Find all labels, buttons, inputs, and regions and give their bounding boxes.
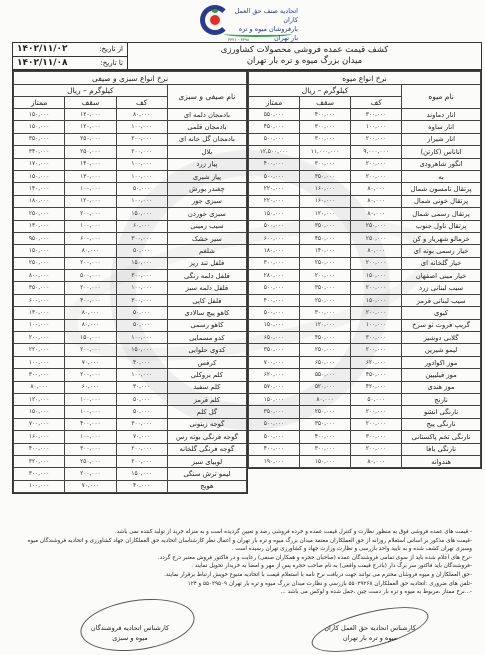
table-row: گوجه زیتونی۳۰۰,۰۰۰۴۰۰,۰۰۰۷۰۰,۰۰۰: [14, 418, 247, 430]
price-min: ۴۲۰,۰۰۰: [351, 381, 402, 393]
price-max: ۱۰۰,۰۰۰: [65, 393, 116, 405]
table-row: سبزی خوردن۱۵۰,۰۰۰۲۰۰,۰۰۰۲۵۰,۰۰۰: [14, 208, 247, 220]
price-premium: ۲۵۰,۰۰۰: [14, 257, 65, 269]
table-row: انار شیراز۲۰۰,۰۰۰۳۰۰,۰۰۰۵۰۰,۰۰۰: [249, 133, 481, 145]
item-name: انار شیراز: [402, 133, 481, 145]
to-date-label: تا تاریخ:: [100, 59, 123, 67]
price-premium: ۲۰۰,۰۰۰: [14, 332, 65, 344]
item-name: لوبیای سبز: [167, 455, 246, 467]
price-premium: ۱۰۰,۰۰۰: [14, 319, 65, 331]
price-premium: ۱۲,۵۰۰,۰۰۰: [249, 146, 300, 158]
item-name: بادمجان دلمه ای: [167, 109, 246, 121]
item-name: کاهو رسمی: [167, 319, 246, 331]
item-name: نارنگی انشو: [402, 406, 481, 418]
price-premium: ۳۵۰,۰۰۰: [14, 282, 65, 294]
signature-right-line1: کارشناس اتحادیه حق العمل کاران: [315, 623, 425, 633]
price-premium: ۴۵۰,۰۰۰: [249, 121, 300, 133]
price-premium: ۵۷۰,۰۰۰: [249, 381, 300, 393]
price-max: ۴۰۰,۰۰۰: [65, 294, 116, 306]
price-premium: ۳۰۰,۰۰۰: [14, 468, 65, 480]
fruit-name-header: نام میوه: [402, 85, 481, 109]
price-max: ۲۰۰,۰۰۰: [65, 369, 116, 381]
item-name: سیب لبنانی زرد: [402, 282, 481, 294]
fruit-price-table: نرخ انواع میوه نام میوه کیلوگرم – ریال ک…: [247, 70, 482, 469]
item-name: چغندر بورش: [167, 183, 246, 195]
price-max: ۴۵۰,۰۰۰: [300, 232, 351, 244]
price-min: ۸۰,۰۰۰: [351, 245, 402, 257]
price-min: ۴۰,۰۰۰: [116, 480, 167, 492]
price-premium: ۱۰۰,۰۰۰: [14, 356, 65, 368]
union-logo: اتحادیه صنف حق العمل کاران بارفروشان میو…: [198, 3, 298, 43]
note-4: -فروشندگان باید فاکتور سر برگ دار (بادرج…: [14, 562, 472, 571]
price-premium: ۱۳۰,۰۰۰: [14, 220, 65, 232]
price-min: ۲۰۰,۰۰۰: [351, 133, 402, 145]
price-min: ۱۵۰,۰۰۰: [116, 257, 167, 269]
from-date-row: از تاریخ: ۱۴۰۲/۱۱/۰۲: [13, 43, 127, 56]
table-row: سیر خشک۳۰۰,۰۰۰۶۰۰,۰۰۰۹۵۰,۰۰۰: [14, 232, 247, 244]
fruit-col-max: سقف: [300, 97, 351, 109]
item-name: نارنگی یافا: [402, 443, 481, 455]
item-name: کلم سفید: [167, 381, 246, 393]
table-row: بلال۲۰۰,۰۰۰۲۵۰,۰۰۰۳۴۰,۰۰۰: [14, 146, 247, 158]
price-premium: ۳۴۰,۰۰۰: [14, 146, 65, 158]
item-name: کلم قرمز: [167, 393, 246, 405]
table-row: پرتقال تامسون شمال۸۰,۰۰۰۱۶۰,۰۰۰۲۲۰,۰۰۰: [249, 183, 481, 195]
price-premium: ۱۴۰,۰۰۰: [14, 183, 65, 195]
item-name: سبزی جور: [167, 195, 246, 207]
price-max: ۱۲۰,۰۰۰: [65, 109, 116, 121]
price-min: ۱۵۰,۰۰۰: [351, 294, 402, 306]
price-min: ۳۰,۰۰۰: [116, 381, 167, 393]
price-max: ۳۰۰,۰۰۰: [300, 158, 351, 170]
price-max: ۱۲۰,۰۰۰: [300, 208, 351, 220]
price-premium: ۱۵۰,۰۰۰: [249, 319, 300, 331]
table-row: نارنگی تخم پاکستانی۳۰۰,۰۰۰۴۰۰,۰۰۰۵۰۰,۰۰۰: [249, 431, 481, 443]
price-max: ۲۵۰,۰۰۰: [300, 344, 351, 356]
item-name: لیمو شیرین: [402, 344, 481, 356]
fruit-col-premium: ممتاز: [249, 97, 300, 109]
price-premium: ۲۲۰,۰۰۰: [249, 183, 300, 195]
price-premium: ۵۰۰,۰۰۰: [249, 170, 300, 182]
item-name: کرفس: [167, 356, 246, 368]
price-max: ۷۰,۰۰۰: [65, 480, 116, 492]
table-row: پرتقال ناول جنوب۲۵۰,۰۰۰۳۵۰,۰۰۰۵۰۰,۰۰۰: [249, 220, 481, 232]
item-name: کیوی: [402, 307, 481, 319]
price-max: ۲۵۰,۰۰۰: [65, 455, 116, 467]
table-row: نارنگی انشو۲۰۰,۰۰۰۲۵۰,۰۰۰۳۵۰,۰۰۰: [249, 406, 481, 418]
table-row: شلغم۵۰,۰۰۰۸۰,۰۰۰۱۵۰,۰۰۰: [14, 245, 247, 257]
table-row: فلفل کاپی۳۰۰,۰۰۰۴۰۰,۰۰۰۶۰۰,۰۰۰: [14, 294, 247, 306]
price-min: ۵۰,۰۰۰: [116, 245, 167, 257]
price-max: ۱۴۰,۰۰۰: [300, 245, 351, 257]
price-min: ۱۵۰,۰۰۰: [116, 344, 167, 356]
price-premium: ۹۵۰,۰۰۰: [14, 232, 65, 244]
price-premium: ۶۰۰,۰۰۰: [249, 232, 300, 244]
price-max: ۳۵۰,۰۰۰: [300, 220, 351, 232]
table-row: کلم بروکلی۱۰۰,۰۰۰۲۰۰,۰۰۰۳۰۰,۰۰۰: [14, 369, 247, 381]
signature-left-line2: میوه و سبزی: [80, 633, 180, 643]
price-premium: ۱۵۰,۰۰۰: [14, 170, 65, 182]
item-name: کلم بروکلی: [167, 369, 246, 381]
item-name: پرتقال ناول جنوب: [402, 220, 481, 232]
item-name: خیار مینی اصفهان: [402, 270, 481, 282]
table-row: پیاز زرد۱۰۰,۰۰۰۱۴۰,۰۰۰۱۷۰,۰۰۰: [14, 158, 247, 170]
item-name: گوجه زیتونی: [167, 418, 246, 430]
item-name: فلفل تند ریز: [167, 257, 246, 269]
item-name: نارنگی پیج: [402, 418, 481, 430]
price-premium: ۱۶۰,۰۰۰: [14, 431, 65, 443]
price-max: ۳۵۰,۰۰۰: [300, 282, 351, 294]
price-max: ۱۴۰,۰۰۰: [65, 158, 116, 170]
price-min: ۴۰,۰۰۰: [116, 356, 167, 368]
price-max: ۵۰۰,۰۰۰: [65, 270, 116, 282]
table-row: کلم سفید۳۰,۰۰۰۶۰,۰۰۰۸۰,۰۰۰: [14, 381, 247, 393]
item-name: فلفل دلمه سبز: [167, 282, 246, 294]
item-name: گوجه فرنگی گلخانه: [167, 443, 246, 455]
price-premium: ۱۵۰,۰۰۰: [14, 406, 65, 418]
price-max: ۲۰۰,۰۰۰: [65, 282, 116, 294]
note-3: -نرخ های اعلام شده باید از سوی تمامی فرو…: [14, 554, 472, 563]
price-max: ۵۲۰,۰۰۰: [300, 381, 351, 393]
table-row: پرتقال رسمی شمال۸۰,۰۰۰۱۲۰,۰۰۰۱۵۰,۰۰۰: [249, 208, 481, 220]
item-name: لیمو ترش سنگی: [167, 468, 246, 480]
table-row: سیب لبنانی زرد۲۰۰,۰۰۰۳۵۰,۰۰۰۵۰۰,۰۰۰: [249, 282, 481, 294]
table-row: گلابی دوشیز۳۰۰,۰۰۰۴۵۰,۰۰۰۶۵۰,۰۰۰: [249, 332, 481, 344]
price-max: ۴۵۰,۰۰۰: [300, 332, 351, 344]
item-name: کدوی حلوایی: [167, 344, 246, 356]
veg-col-premium: ممتاز: [14, 97, 65, 109]
price-max: ۲۵۰,۰۰۰: [65, 133, 116, 145]
price-max: ۲۰۰,۰۰۰: [65, 257, 116, 269]
table-row: هویج۴۰,۰۰۰۷۰,۰۰۰۱۰۰,۰۰۰: [14, 480, 247, 492]
table-row: سبزی جور۱۰۰,۰۰۰۱۲۰,۰۰۰۱۸۰,۰۰۰: [14, 195, 247, 207]
price-min: ۴۵۰,۰۰۰: [351, 369, 402, 381]
item-name: اناناس (کارتن): [402, 146, 481, 158]
title-box: از تاریخ: ۱۴۰۲/۱۱/۰۲ تا تاریخ: ۱۴۰۲/۱۱/۰…: [12, 42, 482, 70]
price-premium: ۵۰۰,۰۰۰: [249, 133, 300, 145]
price-max: ۳۰۰,۰۰۰: [300, 307, 351, 319]
price-max: ۶۵۰,۰۰۰: [300, 356, 351, 368]
date-range: از تاریخ: ۱۴۰۲/۱۱/۰۲ تا تاریخ: ۱۴۰۲/۱۱/۰…: [13, 43, 128, 69]
price-min: ۶۰,۰۰۰: [116, 220, 167, 232]
price-premium: ۷۰۰,۰۰۰: [14, 418, 65, 430]
veg-unit-header: کیلوگرم – ریال: [14, 85, 168, 97]
price-max: ۱۳۰,۰۰۰: [65, 170, 116, 182]
price-premium: ۴۰۰,۰۰۰: [249, 158, 300, 170]
item-name: کدو مسمایی: [167, 332, 246, 344]
item-name: گلابی دوشیز: [402, 332, 481, 344]
signature-left-line1: کارشناس اتحادیه فروشندگان: [80, 623, 180, 633]
price-max: ۱۰۰,۰۰۰: [65, 406, 116, 418]
apple-icon: [208, 13, 222, 27]
price-max: ۸۰,۰۰۰: [65, 245, 116, 257]
price-max: ۱۶۰,۰۰۰: [300, 183, 351, 195]
fruit-col-min: کف: [351, 97, 402, 109]
table-row: سیب لبنانی قرمز۱۵۰,۰۰۰۲۵۰,۰۰۰۴۰۰,۰۰۰: [249, 294, 481, 306]
item-name: انگور شاهرودی: [402, 158, 481, 170]
price-min: ۳۰۰,۰۰۰: [351, 109, 402, 121]
price-premium: ۸۰,۰۰۰: [14, 381, 65, 393]
title-line2: میدان بزرگ میوه و تره بار تهران: [247, 56, 362, 67]
item-name: به: [402, 170, 481, 182]
table-row: کرفس۴۰,۰۰۰۷۰,۰۰۰۱۰۰,۰۰۰: [14, 356, 247, 368]
table-row: لیمو شیرین۲۰۰,۰۰۰۲۵۰,۰۰۰۳۵۰,۰۰۰: [249, 344, 481, 356]
price-max: ۳۰۰,۰۰۰: [300, 443, 351, 455]
price-min: ۲۰۰,۰۰۰: [351, 406, 402, 418]
veg-section-title: نرخ انواع سبزی و صیفی: [14, 72, 247, 85]
price-premium: ۲۲۰,۰۰۰: [249, 195, 300, 207]
table-row: موز هندی۴۲۰,۰۰۰۵۲۰,۰۰۰۵۷۰,۰۰۰: [249, 381, 481, 393]
table-row: بادمجان دلمه ای۸۰,۰۰۰۱۲۰,۰۰۰۱۵۰,۰۰۰: [14, 109, 247, 121]
price-min: ۱۰۰,۰۰۰: [116, 332, 167, 344]
fruit-unit-header: کیلوگرم – ریال: [249, 85, 402, 97]
table-row: نارنگی پیج۲۰۰,۰۰۰۳۵۰,۰۰۰۵۰۰,۰۰۰: [249, 418, 481, 430]
price-premium: ۸۰۰,۰۰۰: [14, 270, 65, 282]
price-max: ۱۶۰,۰۰۰: [300, 195, 351, 207]
price-max: ۳۰۰,۰۰۰: [300, 121, 351, 133]
table-row: کاهو پیچ سالادی۵۰,۰۰۰۸۰,۰۰۰۱۳۰,۰۰۰: [14, 307, 247, 319]
to-date: ۱۴۰۲/۱۱/۰۸: [17, 58, 68, 68]
price-premium: ۵۰۰,۰۰۰: [249, 220, 300, 232]
item-name: کاهو پیچ سالادی: [167, 307, 246, 319]
price-min: ۱۵۰,۰۰۰: [116, 468, 167, 480]
price-min: ۳۰۰,۰۰۰: [116, 270, 167, 282]
item-name: بادمجان قلمی: [167, 121, 246, 133]
table-row: موز فیلیپین۴۵۰,۰۰۰۵۵۰,۰۰۰۶۲۰,۰۰۰: [249, 369, 481, 381]
price-max: ۳۵۰,۰۰۰: [300, 418, 351, 430]
price-min: ۱۰۰,۰۰۰: [116, 121, 167, 133]
price-min: ۵۰,۰۰۰: [116, 406, 167, 418]
price-min: ۵۰,۰۰۰: [116, 307, 167, 319]
item-name: خیار رسمی بوته ای: [402, 245, 481, 257]
price-premium: ۳۵۰,۰۰۰: [249, 344, 300, 356]
table-row: هندوانه۸۰,۰۰۰۱۵۰,۰۰۰۱۹۰,۰۰۰: [249, 455, 481, 467]
price-max: ۲۵۰,۰۰۰: [300, 257, 351, 269]
item-name: سیر خشک: [167, 232, 246, 244]
table-row: نارنگی یافا۲۰۰,۰۰۰۳۰۰,۰۰۰۴۰۰,۰۰۰: [249, 443, 481, 455]
price-min: ۲۵۰,۰۰۰: [351, 220, 402, 232]
price-max: ۳۵۰,۰۰۰: [300, 170, 351, 182]
price-min: ۲۰۰,۰۰۰: [351, 282, 402, 294]
price-premium: ۱۹۰,۰۰۰: [249, 455, 300, 467]
veg-name-header: نام صیفی و سبزی: [167, 85, 246, 109]
price-max: ۱۲۰,۰۰۰: [300, 319, 351, 331]
item-name: انار دماوند: [402, 109, 481, 121]
price-min: ۵۰,۰۰۰: [116, 393, 167, 405]
table-row: خیار مینی اصفهان۱۵۰,۰۰۰۲۰۰,۰۰۰۲۸۰,۰۰۰: [249, 270, 481, 282]
item-name: موز اکوادور: [402, 356, 481, 368]
price-max: ۲۰۰,۰۰۰: [65, 344, 116, 356]
vegetable-price-table: نرخ انواع سبزی و صیفی نام صیفی و سبزی کی…: [12, 70, 248, 494]
price-premium: ۵۵۰,۰۰۰: [249, 109, 300, 121]
price-min: ۱۰۰,۰۰۰: [116, 282, 167, 294]
item-name: پرتقال رسمی شمال: [402, 208, 481, 220]
table-row: پیاز شیری۱۰۰,۰۰۰۱۳۰,۰۰۰۱۵۰,۰۰۰: [14, 170, 247, 182]
table-row: اناناس (کارتن)۹,۰۰۰,۰۰۰۱۱,۰۰۰,۰۰۰۱۲,۵۰۰,…: [249, 146, 481, 158]
price-premium: ۴۰۰,۰۰۰: [14, 443, 65, 455]
price-premium: ۷۰۰,۰۰۰: [249, 356, 300, 368]
item-name: فلفل دلمه رنگی: [167, 270, 246, 282]
price-premium: ۲۸۰,۰۰۰: [249, 270, 300, 282]
to-date-row: تا تاریخ: ۱۴۰۲/۱۱/۰۸: [13, 56, 127, 70]
price-premium: ۱۰۰,۰۰۰: [14, 480, 65, 492]
table-row: گریپ فروت تو سرخ۱۰۰,۰۰۰۱۲۰,۰۰۰۱۵۰,۰۰۰: [249, 319, 481, 331]
table-row: لوبیای سبز۲۰۰,۰۰۰۲۵۰,۰۰۰۳۲۰,۰۰۰: [14, 455, 247, 467]
price-premium: ۵۰۰,۰۰۰: [249, 282, 300, 294]
price-min: ۲۰۰,۰۰۰: [351, 257, 402, 269]
from-date-label: از تاریخ:: [99, 45, 123, 53]
item-name: گل کلم: [167, 406, 246, 418]
price-max: ۲۵۰,۰۰۰: [300, 294, 351, 306]
price-premium: ۳۰۰,۰۰۰: [249, 257, 300, 269]
table-row: کدوی حلوایی۱۵۰,۰۰۰۲۰۰,۰۰۰۲۲۰,۰۰۰: [14, 344, 247, 356]
table-row: کلم قرمز۵۰,۰۰۰۱۰۰,۰۰۰۱۲۰,۰۰۰: [14, 393, 247, 405]
item-name: موز هندی: [402, 381, 481, 393]
item-name: هویج: [167, 480, 246, 492]
table-row: گوجه فرنگی گلخانه۲۰۰,۰۰۰۳۰۰,۰۰۰۴۰۰,۰۰۰: [14, 443, 247, 455]
price-min: ۳۰۰,۰۰۰: [351, 332, 402, 344]
price-min: ۵۰,۰۰۰: [116, 319, 167, 331]
price-premium: ۱۵۰,۰۰۰: [14, 245, 65, 257]
price-premium: ۱۵۰,۰۰۰: [249, 208, 300, 220]
price-min: ۲۵۰,۰۰۰: [351, 232, 402, 244]
price-premium: ۱۳۰,۰۰۰: [14, 307, 65, 319]
price-max: ۱۱,۰۰۰,۰۰۰: [300, 146, 351, 158]
item-name: نارنگی تخم پاکستانی: [402, 431, 481, 443]
table-row: انار دماوند۳۰۰,۰۰۰۴۰۰,۰۰۰۵۵۰,۰۰۰: [249, 109, 481, 121]
price-min: ۲۰۰,۰۰۰: [351, 170, 402, 182]
price-premium: ۱۵۰,۰۰۰: [14, 109, 65, 121]
price-min: ۸۰,۰۰۰: [351, 208, 402, 220]
price-premium: ۳۵۰,۰۰۰: [249, 406, 300, 418]
veg-col-max: سقف: [65, 97, 116, 109]
item-name: هندوانه: [402, 455, 481, 467]
price-premium: ۲۲۰,۰۰۰: [14, 344, 65, 356]
price-max: ۴۰۰,۰۰۰: [65, 418, 116, 430]
price-min: ۲۰۰,۰۰۰: [116, 455, 167, 467]
item-name: خرمالو شهریار و کن: [402, 232, 481, 244]
price-max: ۱۰۰,۰۰۰: [65, 220, 116, 232]
item-name: بلال: [167, 146, 246, 158]
price-min: ۱۰۰,۰۰۰: [351, 319, 402, 331]
logo-name-line1: اتحادیه صنف حق العمل کاران: [234, 7, 298, 25]
table-row: نارنج۵۰,۰۰۰۸۰,۰۰۰۱۵۰,۰۰۰: [249, 393, 481, 405]
table-row: کاهو رسمی۵۰,۰۰۰۸۰,۰۰۰۱۰۰,۰۰۰: [14, 319, 247, 331]
price-max: ۲۰۰,۰۰۰: [300, 270, 351, 282]
price-premium: ۳۲۰,۰۰۰: [14, 455, 65, 467]
table-row: به۲۰۰,۰۰۰۳۵۰,۰۰۰۵۰۰,۰۰۰: [249, 170, 481, 182]
price-max: ۱۰۰,۰۰۰: [65, 183, 116, 195]
item-name: شلغم: [167, 245, 246, 257]
document-title: کشف قیمت عمده فروشی محصولات کشاورزی میدا…: [128, 43, 481, 69]
price-premium: ۱۸۰,۰۰۰: [14, 195, 65, 207]
price-max: ۸۰,۰۰۰: [300, 393, 351, 405]
table-row: خیار گلخانه ای۲۰۰,۰۰۰۲۵۰,۰۰۰۳۰۰,۰۰۰: [249, 257, 481, 269]
item-name: نارنج: [402, 393, 481, 405]
table-row: لیمو ترش سنگی۱۵۰,۰۰۰۲۰۰,۰۰۰۳۰۰,۰۰۰: [14, 468, 247, 480]
item-name: سیب لبنانی قرمز: [402, 294, 481, 306]
table-row: خرمالو شهریار و کن۲۵۰,۰۰۰۴۵۰,۰۰۰۶۰۰,۰۰۰: [249, 232, 481, 244]
price-min: ۳۰۰,۰۰۰: [351, 431, 402, 443]
price-premium: ۱۵۰,۰۰۰: [249, 393, 300, 405]
table-row: چغندر بورش۵۰,۰۰۰۱۰۰,۰۰۰۱۴۰,۰۰۰: [14, 183, 247, 195]
note-7: -...نرخ ممتاز ،مربوط به میوه و تره بار د…: [14, 588, 472, 597]
price-premium: ۳۵۰,۰۰۰: [14, 133, 65, 145]
price-min: ۲۰۰,۰۰۰: [116, 133, 167, 145]
price-premium: ۶۲۰,۰۰۰: [249, 369, 300, 381]
veg-rows: بادمجان دلمه ای۸۰,۰۰۰۱۲۰,۰۰۰۱۵۰,۰۰۰بادمج…: [14, 109, 247, 493]
title-line1: کشف قیمت عمده فروشی محصولات کشاورزی: [221, 45, 389, 56]
price-min: ۲۰۰,۰۰۰: [351, 307, 402, 319]
price-max: ۱۲۰,۰۰۰: [65, 121, 116, 133]
price-max: ۱۰۰,۰۰۰: [65, 431, 116, 443]
fruit-section-title: نرخ انواع میوه: [249, 72, 481, 85]
price-min: ۱۰۰,۰۰۰: [116, 158, 167, 170]
price-min: ۱۰۰,۰۰۰: [116, 170, 167, 182]
price-max: ۲۰۰,۰۰۰: [65, 468, 116, 480]
table-row: سیب زمینی۶۰,۰۰۰۱۰۰,۰۰۰۱۳۰,۰۰۰: [14, 220, 247, 232]
price-max: ۲۰۰,۰۰۰: [65, 208, 116, 220]
price-premium: ۱۲۰,۰۰۰: [14, 393, 65, 405]
price-premium: ۴۰۰,۰۰۰: [249, 443, 300, 455]
item-name: موز فیلیپین: [402, 369, 481, 381]
note-1: - قیمت های عمده فروشی فوق به منظور نظارت…: [14, 528, 472, 537]
price-min: ۲۰۰,۰۰۰: [351, 344, 402, 356]
table-row: پرتقال خونی شمال۸۰,۰۰۰۱۶۰,۰۰۰۲۲۰,۰۰۰: [249, 195, 481, 207]
fruit-rows: انار دماوند۳۰۰,۰۰۰۴۰۰,۰۰۰۵۵۰,۰۰۰انار ساو…: [249, 109, 481, 468]
item-name: انار ساوه: [402, 121, 481, 133]
item-name: پیاز شیری: [167, 170, 246, 182]
signature-right-line2: میوه و تره بار تهران: [315, 633, 425, 643]
item-name: سیب زمینی: [167, 220, 246, 232]
price-min: ۱۵۰,۰۰۰: [116, 208, 167, 220]
table-row: انار ساوه۱۰۰,۰۰۰۳۰۰,۰۰۰۴۵۰,۰۰۰: [249, 121, 481, 133]
price-max: ۳۰۰,۰۰۰: [65, 443, 116, 455]
price-max: ۶۰,۰۰۰: [65, 381, 116, 393]
note-6: -تلفن های ضروری :اتحادیه حق العملکاران ۵…: [14, 580, 472, 589]
price-min: ۲۰۰,۰۰۰: [116, 146, 167, 158]
price-max: ۱۲۰,۰۰۰: [65, 195, 116, 207]
table-row: فلفل تند ریز۱۵۰,۰۰۰۲۰۰,۰۰۰۲۵۰,۰۰۰: [14, 257, 247, 269]
price-min: ۳۰۰,۰۰۰: [116, 232, 167, 244]
price-max: ۶۰۰,۰۰۰: [65, 232, 116, 244]
note-2: -قیمت های مذکور بر اساس استعلام روزانه ا…: [14, 537, 472, 554]
item-name: پرتقال تامسون شمال: [402, 183, 481, 195]
item-name: پیاز زرد: [167, 158, 246, 170]
note-5: -حق العملکاران و میوه فروشان محترم می تو…: [14, 571, 472, 580]
price-min: ۱۰۰,۰۰۰: [351, 121, 402, 133]
price-min: ۲۰۰,۰۰۰: [351, 443, 402, 455]
price-min: ۱۵۰,۰۰۰: [351, 270, 402, 282]
from-date: ۱۴۰۲/۱۱/۰۲: [17, 44, 68, 54]
table-row: بادمجان گل خانه ای۲۰۰,۰۰۰۲۵۰,۰۰۰۳۵۰,۰۰۰: [14, 133, 247, 145]
price-list-document: اتحادیه صنف حق العمل کاران بارفروشان میو…: [0, 0, 485, 655]
price-min: ۱۰۰,۰۰۰: [116, 195, 167, 207]
notes-section: - قیمت های عمده فروشی فوق به منظور نظارت…: [14, 528, 472, 597]
price-max: ۴۰۰,۰۰۰: [300, 431, 351, 443]
price-min: ۳۰۰,۰۰۰: [116, 294, 167, 306]
table-row: فلفل دلمه سبز۱۰۰,۰۰۰۲۰۰,۰۰۰۳۵۰,۰۰۰: [14, 282, 247, 294]
price-min: ۸۰,۰۰۰: [351, 183, 402, 195]
veg-col-min: کف: [116, 97, 167, 109]
price-max: ۱۵۰,۰۰۰: [65, 332, 116, 344]
signature-left: کارشناس اتحادیه فروشندگان میوه و سبزی: [80, 623, 180, 643]
price-max: ۳۰۰,۰۰۰: [300, 133, 351, 145]
price-premium: ۴۰۰,۰۰۰: [249, 294, 300, 306]
price-max: ۸۰,۰۰۰: [65, 319, 116, 331]
signature-right: کارشناس اتحادیه حق العمل کاران میوه و تر…: [315, 623, 425, 643]
price-min: ۸۰,۰۰۰: [351, 455, 402, 467]
